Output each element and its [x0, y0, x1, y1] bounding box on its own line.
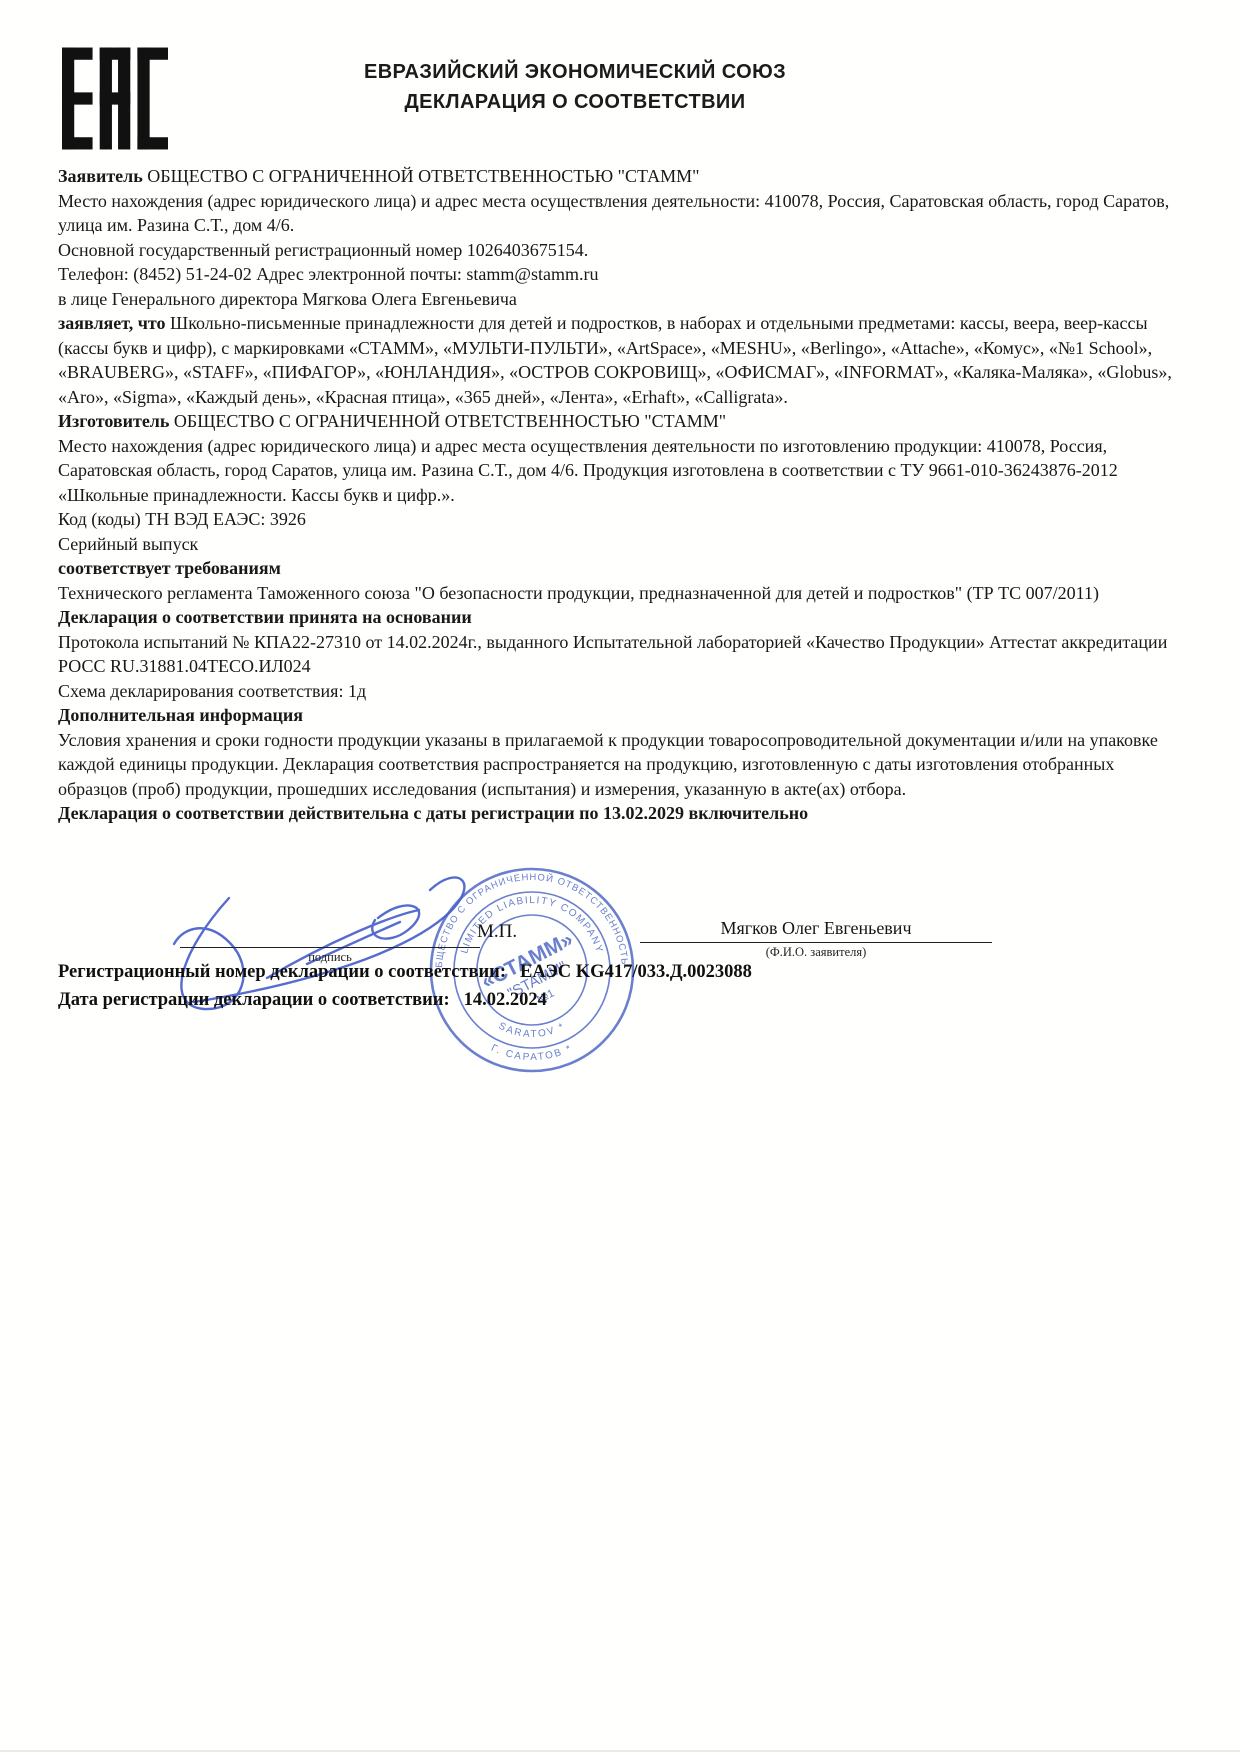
- paragraph: Протокола испытаний № КПА22-27310 от 14.…: [58, 630, 1186, 679]
- registration-date-line: Дата регистрации декларации о соответств…: [58, 990, 547, 1011]
- paragraph: Дополнительная информация: [58, 703, 1186, 728]
- registration-date-label: Дата регистрации декларации о соответств…: [58, 990, 450, 1010]
- applicant-name-block: Мягков Олег Евгеньевич (Ф.И.О. заявителя…: [640, 918, 992, 960]
- registration-number-line: Регистрационный номер декларации о соотв…: [58, 962, 752, 983]
- svg-text:SARATOV *: SARATOV *: [496, 1021, 567, 1040]
- svg-text:Г. САРАТОВ *: Г. САРАТОВ *: [489, 1043, 575, 1063]
- paragraph: Место нахождения (адрес юридического лиц…: [58, 434, 1186, 508]
- paragraph: Серийный выпуск: [58, 532, 1186, 557]
- stamp-outer-bottom-text: Г. САРАТОВ *: [489, 1043, 575, 1063]
- paragraph: Декларация о соответствии действительна …: [58, 801, 1186, 826]
- paragraph: Телефон: (8452) 51-24-02 Адрес электронн…: [58, 262, 1186, 287]
- declaration-document: ЕВРАЗИЙСКИЙ ЭКОНОМИЧЕСКИЙ СОЮЗ ДЕКЛАРАЦИ…: [0, 0, 1240, 1755]
- paragraph: Код (коды) ТН ВЭД ЕАЭС: 3926: [58, 507, 1186, 532]
- signature-line: [180, 947, 480, 948]
- stamp-inner-bottom-text: SARATOV *: [496, 1021, 567, 1040]
- paragraph: Схема декларирования соответствия: 1д: [58, 679, 1186, 704]
- applicant-name: Мягков Олег Евгеньевич: [640, 918, 992, 939]
- title-line-union: ЕВРАЗИЙСКИЙ ЭКОНОМИЧЕСКИЙ СОЮЗ: [0, 57, 1150, 87]
- paragraph: Условия хранения и сроки годности продук…: [58, 728, 1186, 802]
- paragraph: Основной государственный регистрационный…: [58, 238, 1186, 263]
- registration-number-value: ЕАЭС KG417/033.Д.0023088: [520, 962, 752, 982]
- paragraph: в лице Генерального директора Мягкова Ол…: [58, 287, 1186, 312]
- seal-place-label: М.П.: [477, 921, 517, 943]
- paragraph: Место нахождения (адрес юридического лиц…: [58, 189, 1186, 238]
- paragraph: Изготовитель ОБЩЕСТВО С ОГРАНИЧЕННОЙ ОТВ…: [58, 409, 1186, 434]
- scan-edge-line: [0, 1750, 1240, 1752]
- paragraph: соответствует требованиям: [58, 556, 1186, 581]
- paragraph: Декларация о соответствии принята на осн…: [58, 605, 1186, 630]
- registration-number-label: Регистрационный номер декларации о соотв…: [58, 962, 506, 982]
- document-title: ЕВРАЗИЙСКИЙ ЭКОНОМИЧЕСКИЙ СОЮЗ ДЕКЛАРАЦИ…: [0, 57, 1150, 117]
- title-line-declaration: ДЕКЛАРАЦИЯ О СООТВЕТСТВИИ: [0, 87, 1150, 117]
- paragraph: Заявитель ОБЩЕСТВО С ОГРАНИЧЕННОЙ ОТВЕТС…: [58, 164, 1186, 189]
- applicant-name-line: [640, 942, 992, 943]
- body-paragraphs: Заявитель ОБЩЕСТВО С ОГРАНИЧЕННОЙ ОТВЕТС…: [58, 164, 1186, 826]
- paragraph: Технического регламента Таможенного союз…: [58, 581, 1186, 606]
- paragraph: заявляет, что Школьно-письменные принадл…: [58, 311, 1186, 409]
- applicant-name-caption: (Ф.И.О. заявителя): [640, 945, 992, 960]
- registration-date-value: 14.02.2024: [464, 990, 547, 1010]
